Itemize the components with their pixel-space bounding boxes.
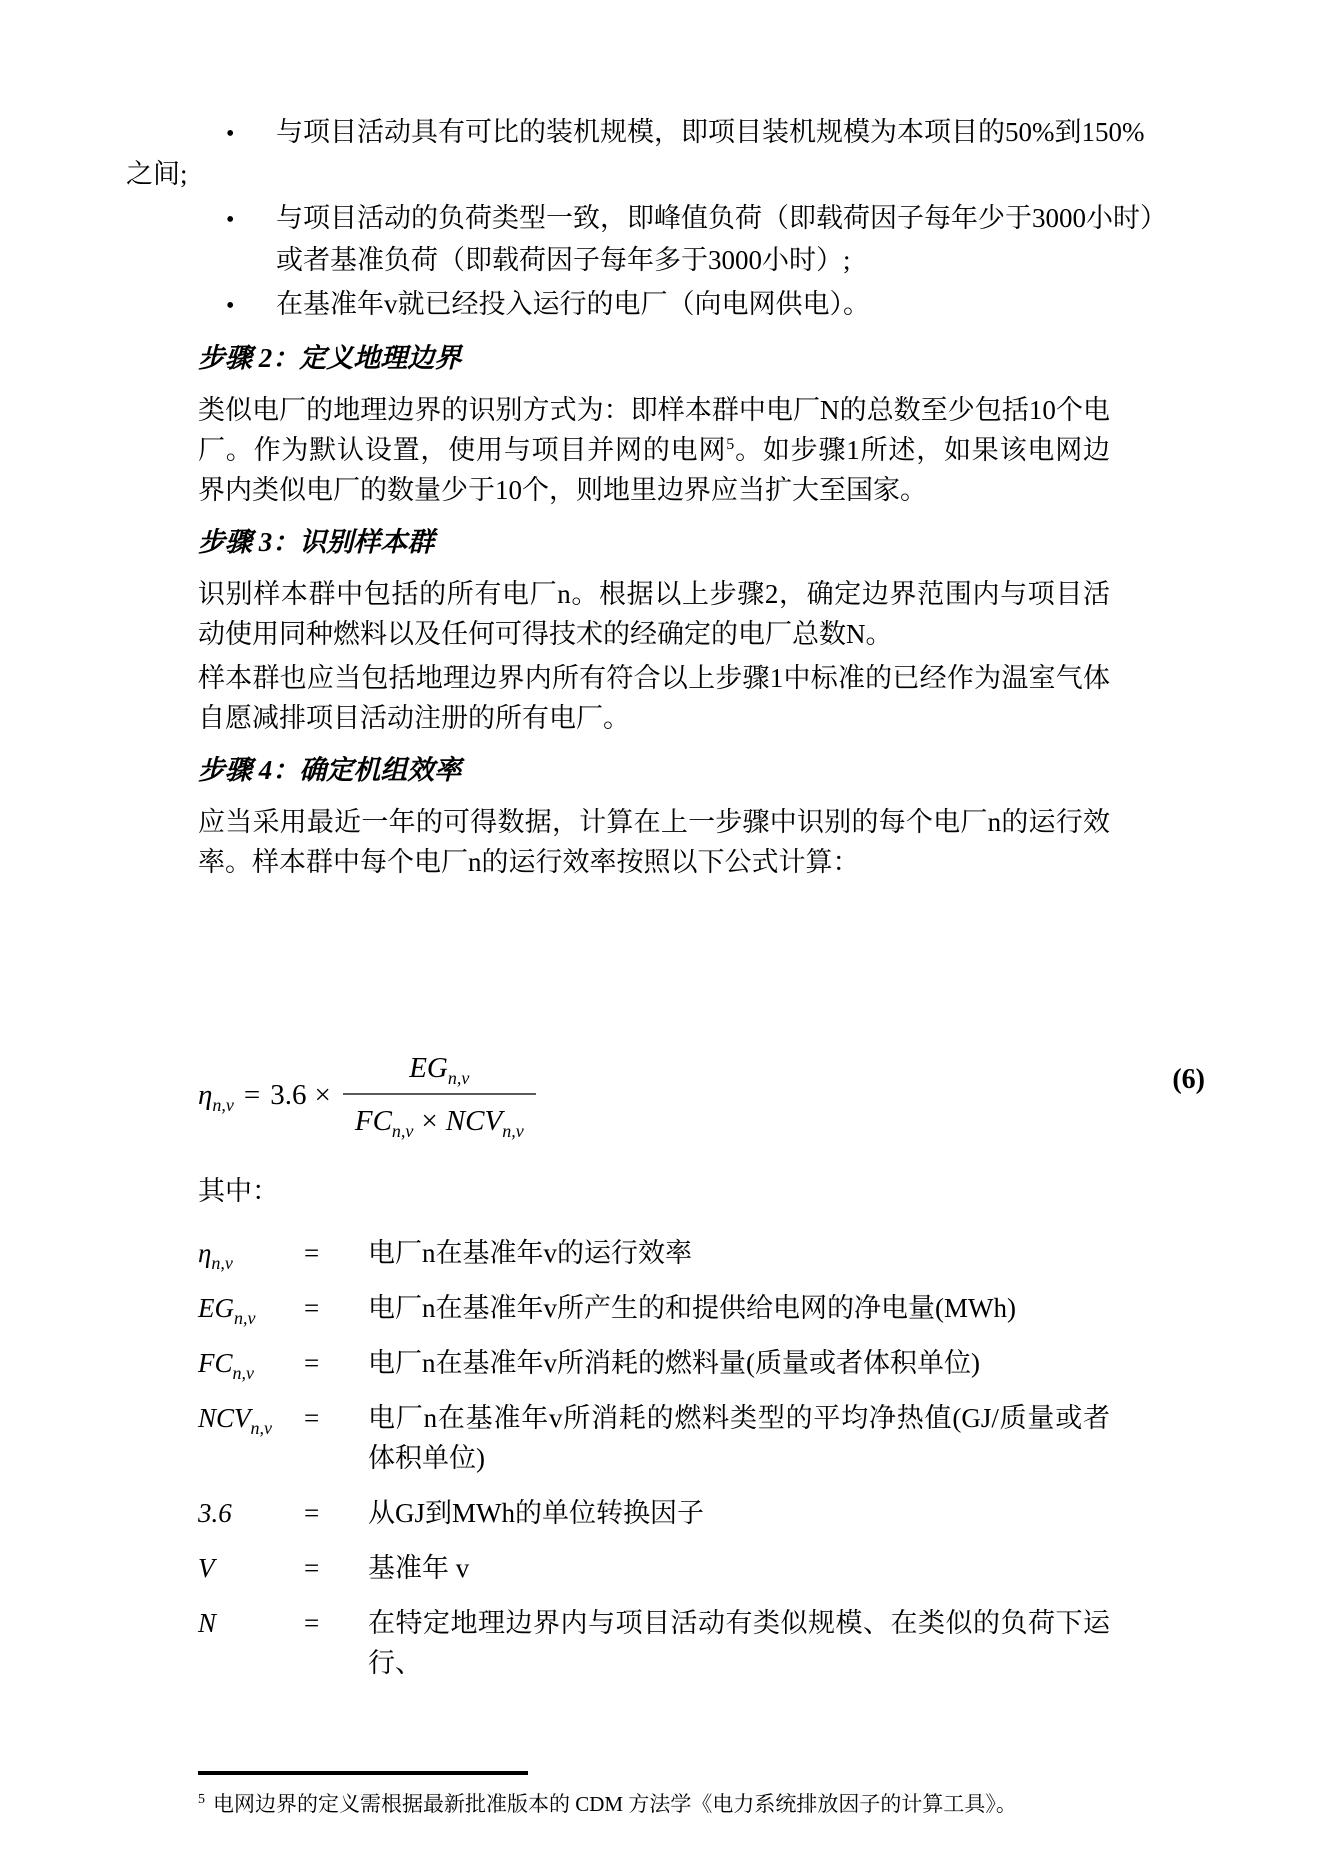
definition-row-n: N = 在特定地理边界内与项目活动有类似规模、在类似的负荷下运行、: [198, 1603, 1110, 1683]
fraction-denominator: FCn,v×NCVn,v: [343, 1093, 536, 1139]
symbol-base: 3.6: [198, 1498, 232, 1528]
definition-description: 从GJ到MWh的单位转换因子: [368, 1493, 1110, 1533]
equation-lhs: ηn,v: [198, 1077, 234, 1113]
definition-row-eta: ηn,v = 电厂n在基准年v的运行效率: [198, 1233, 1110, 1273]
equals-sign: =: [244, 1077, 260, 1113]
definition-description: 在特定地理边界内与项目活动有类似规模、在类似的负荷下运行、: [368, 1603, 1110, 1683]
definition-description: 电厂n在基准年v的运行效率: [368, 1233, 1110, 1273]
fraction-numerator: EGn,v: [343, 1050, 536, 1093]
multiply-sign: ×: [421, 1105, 437, 1137]
definition-equals: =: [304, 1343, 368, 1383]
symbol-subscript: n,v: [233, 1363, 255, 1383]
definition-description: 电厂n在基准年v所消耗的燃料量(质量或者体积单位): [368, 1343, 1110, 1383]
where-label: 其中：: [198, 1171, 1110, 1211]
definition-row-ncv: NCVn,v = 电厂n在基准年v所消耗的燃料类型的平均净热值(GJ/质量或者体…: [198, 1398, 1110, 1478]
definition-description: 基准年 v: [368, 1548, 1110, 1588]
bullet-text: 与项目活动的负荷类型一致，即峰值负荷（即载荷因子每年少于3000小时）: [276, 203, 1167, 233]
fc-symbol: FC: [355, 1105, 392, 1137]
bullet-item-capacity: •与项目活动具有可比的装机规模，即项目装机规模为本项目的50%到150% 之间;: [198, 112, 1110, 194]
footnote-separator: [198, 1771, 528, 1775]
definition-equals: =: [304, 1233, 368, 1273]
definition-row-3-6: 3.6 = 从GJ到MWh的单位转换因子: [198, 1493, 1110, 1533]
step3-paragraph-1: 识别样本群中包括的所有电厂n。根据以上步骤2，确定边界范围内与项目活动使用同种燃…: [198, 574, 1110, 654]
step3-heading: 步骤 3：识别样本群: [198, 522, 1110, 562]
definition-symbol: N: [198, 1603, 304, 1683]
symbol-base: EG: [198, 1293, 234, 1323]
definition-equals: =: [304, 1548, 368, 1588]
coefficient: 3.6: [270, 1077, 306, 1113]
definition-symbol: ηn,v: [198, 1233, 304, 1273]
bullet-wrap-text: 或者基准负荷（即载荷因子每年多于3000小时）;: [198, 240, 1110, 280]
step4-paragraph: 应当采用最近一年的可得数据，计算在上一步骤中识别的每个电厂n的运行效率。样本群中…: [198, 802, 1110, 882]
definition-equals: =: [304, 1493, 368, 1533]
definition-symbol: 3.6: [198, 1493, 304, 1533]
eta-symbol: η: [198, 1079, 212, 1111]
definition-equals: =: [304, 1603, 368, 1683]
definitions-list: ηn,v = 电厂n在基准年v的运行效率 EGn,v = 电厂n在基准年v所产生…: [198, 1233, 1110, 1683]
step2-paragraph: 类似电厂的地理边界的识别方式为：即样本群中电厂N的总数至少包括10个电厂。作为默…: [198, 390, 1110, 510]
definition-equals: =: [304, 1398, 368, 1478]
step3-paragraph-2: 样本群也应当包括地理边界内所有符合以上步骤1中标准的已经作为温室气体自愿减排项目…: [198, 658, 1110, 738]
bullet-wrap-text: 之间;: [126, 154, 1110, 194]
footnote-marker: 5: [198, 1792, 205, 1807]
definition-row-fc: FCn,v = 电厂n在基准年v所消耗的燃料量(质量或者体积单位): [198, 1343, 1110, 1383]
step4-heading: 步骤 4：确定机组效率: [198, 750, 1110, 790]
bullet-line: •在基准年v就已经投入运行的电厂（向电网供电）。: [198, 284, 1110, 326]
equation-6: ηn,v = 3.6 × EGn,v FCn,v×NCVn,v (6): [198, 1050, 1110, 1139]
definition-symbol: EGn,v: [198, 1288, 304, 1328]
symbol-subscript: n,v: [251, 1418, 273, 1438]
definition-symbol: V: [198, 1548, 304, 1588]
definition-symbol: FCn,v: [198, 1343, 304, 1383]
definition-equals: =: [304, 1288, 368, 1328]
symbol-subscript: n,v: [234, 1308, 256, 1328]
definition-description: 电厂n在基准年v所产生的和提供给电网的净电量(MWh): [368, 1288, 1110, 1328]
bullet-item-operating: •在基准年v就已经投入运行的电厂（向电网供电）。: [198, 284, 1110, 326]
bullet-line: •与项目活动的负荷类型一致，即峰值负荷（即载荷因子每年少于3000小时）: [198, 198, 1110, 240]
footnote: 5电网边界的定义需根据最新批准版本的 CDM 方法学《电力系统排放因子的计算工具…: [198, 1789, 1110, 1819]
equation-number: (6): [1172, 1062, 1205, 1098]
eta-subscript: n,v: [212, 1095, 234, 1115]
ncv-symbol: NCV: [446, 1105, 502, 1137]
eg-subscript: n,v: [448, 1068, 470, 1088]
footnote-text: 电网边界的定义需根据最新批准版本的 CDM 方法学《电力系统排放因子的计算工具》…: [213, 1792, 1017, 1816]
fc-subscript: n,v: [392, 1121, 414, 1141]
bullet-text: 与项目活动具有可比的装机规模，即项目装机规模为本项目的50%到150%: [276, 117, 1144, 147]
bullet-icon: •: [226, 286, 276, 326]
document-page: •与项目活动具有可比的装机规模，即项目装机规模为本项目的50%到150% 之间;…: [0, 0, 1323, 1871]
definition-symbol: NCVn,v: [198, 1398, 304, 1478]
definition-row-eg: EGn,v = 电厂n在基准年v所产生的和提供给电网的净电量(MWh): [198, 1288, 1110, 1328]
bullet-icon: •: [226, 114, 276, 154]
definition-row-v: V = 基准年 v: [198, 1548, 1110, 1588]
symbol-base: η: [198, 1238, 211, 1268]
bullet-item-load-type: •与项目活动的负荷类型一致，即峰值负荷（即载荷因子每年少于3000小时） 或者基…: [198, 198, 1110, 280]
fraction: EGn,v FCn,v×NCVn,v: [343, 1050, 536, 1139]
symbol-subscript: n,v: [211, 1253, 233, 1273]
ncv-subscript: n,v: [502, 1121, 524, 1141]
definition-description: 电厂n在基准年v所消耗的燃料类型的平均净热值(GJ/质量或者体积单位): [368, 1398, 1110, 1478]
symbol-base: V: [198, 1553, 215, 1583]
multiply-sign: ×: [315, 1077, 331, 1113]
symbol-base: FC: [198, 1348, 233, 1378]
bullet-line: •与项目活动具有可比的装机规模，即项目装机规模为本项目的50%到150%: [198, 112, 1110, 154]
bullet-icon: •: [226, 200, 276, 240]
symbol-base: N: [198, 1608, 216, 1638]
eg-symbol: EG: [409, 1052, 448, 1084]
step2-heading: 步骤 2：定义地理边界: [198, 338, 1110, 378]
symbol-base: NCV: [198, 1403, 251, 1433]
bullet-text: 在基准年v就已经投入运行的电厂（向电网供电）。: [276, 289, 870, 319]
